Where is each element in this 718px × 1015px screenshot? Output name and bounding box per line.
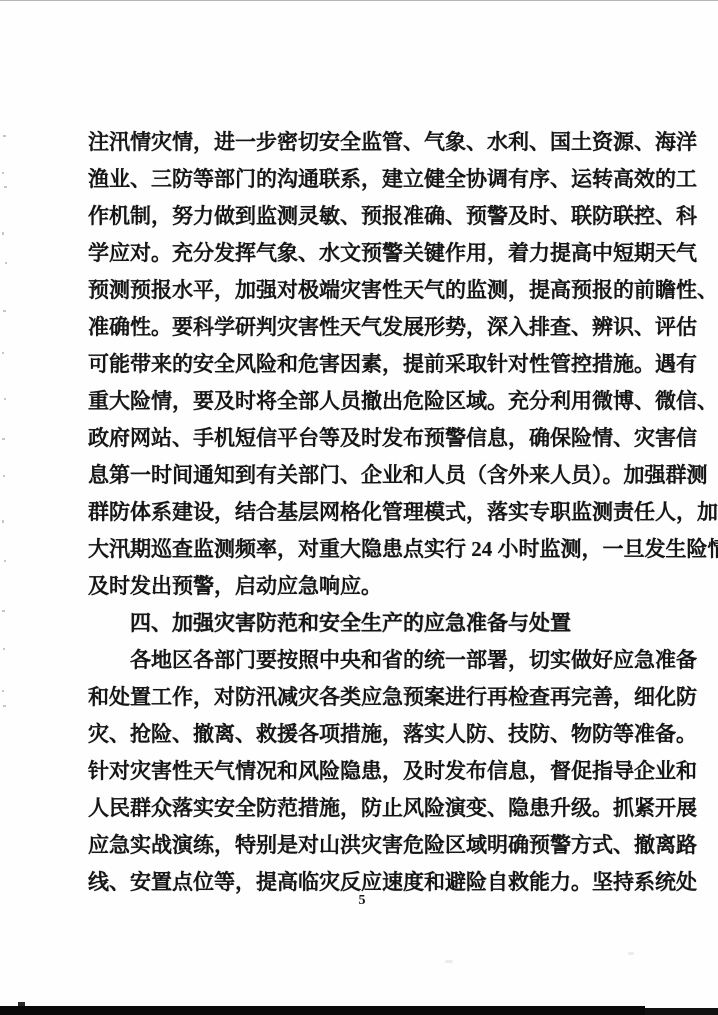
scan-artifact bbox=[445, 960, 453, 963]
body-line: 渔业、三防等部门的沟通联系，建立健全协调有序、运转高效的工 bbox=[88, 161, 636, 198]
body-line: 大汛期巡查监测频率，对重大隐患点实行 24 小时监测，一旦发生险情 bbox=[88, 531, 636, 568]
body-line: 和处置工作，对防汛减灾各类应急预案进行再检查再完善，细化防 bbox=[88, 679, 636, 716]
body-line: 政府网站、手机短信平台等及时发布预警信息，确保险情、灾害信 bbox=[88, 420, 636, 457]
section-heading: 四、加强灾害防范和安全生产的应急准备与处置 bbox=[88, 605, 636, 642]
body-line: 应急实战演练，特别是对山洪灾害危险区域明确预警方式、撤离路 bbox=[88, 827, 636, 864]
scan-artifact bbox=[3, 135, 6, 137]
page-number: 5 bbox=[88, 893, 636, 909]
body-line: 灾、抢险、撤离、救援各项措施，落实人防、技防、物防等准备。 bbox=[88, 716, 636, 753]
scan-edge-top bbox=[0, 0, 718, 1]
scan-artifact bbox=[2, 610, 5, 612]
scan-artifact bbox=[2, 352, 4, 354]
body-line: 可能带来的安全风险和危害因素，提前采取针对性管控措施。遇有 bbox=[88, 346, 636, 383]
scan-artifact bbox=[4, 186, 7, 188]
scan-artifact bbox=[2, 232, 4, 235]
scan-artifact bbox=[3, 310, 6, 312]
body-line: 人民群众落实安全防范措施，防止风险演变、隐患升级。抓紧开展 bbox=[88, 790, 636, 827]
scan-artifact bbox=[5, 262, 7, 264]
scan-artifact bbox=[4, 398, 6, 400]
body-line: 群防体系建设，结合基层网格化管理模式，落实专职监测责任人，加 bbox=[88, 494, 636, 531]
body-line: 重大险情，要及时将全部人员撤出危险区域。充分利用微博、微信、 bbox=[88, 383, 636, 420]
scan-artifact bbox=[3, 648, 5, 650]
scan-artifact bbox=[2, 690, 4, 692]
body-line: 准确性。要科学研判灾害性天气发展形势，深入排查、辨识、评估 bbox=[88, 309, 636, 346]
body-line: 预测预报水平，加强对极端灾害性天气的监测，提高预报的前瞻性、 bbox=[88, 272, 636, 309]
scan-artifact bbox=[2, 520, 4, 523]
body-line: 作机制，努力做到监测灵敏、预报准确、预警及时、联防联控、科 bbox=[88, 198, 636, 235]
scan-artifact bbox=[2, 172, 4, 174]
body-line: 息第一时间通知到有关部门、企业和人员（含外来人员）。加强群测 bbox=[88, 457, 636, 494]
scan-artifact bbox=[3, 475, 5, 477]
scan-edge-bottom bbox=[0, 1006, 645, 1015]
body-line: 及时发出预警，启动应急响应。 bbox=[88, 568, 636, 605]
scan-artifact bbox=[4, 560, 6, 562]
document-body: 注汛情灾情，进一步密切安全监管、气象、水利、国土资源、海洋 渔业、三防等部门的沟… bbox=[88, 124, 636, 901]
scan-artifact bbox=[3, 705, 6, 707]
body-line: 注汛情灾情，进一步密切安全监管、气象、水利、国土资源、海洋 bbox=[88, 124, 636, 161]
body-line: 各地区各部门要按照中央和省的统一部署，切实做好应急准备 bbox=[88, 642, 636, 679]
body-line: 学应对。充分发挥气象、水文预警关键作用，着力提高中短期天气 bbox=[88, 235, 636, 272]
scan-artifact bbox=[628, 952, 634, 955]
scanned-document-page: 注汛情灾情，进一步密切安全监管、气象、水利、国土资源、海洋 渔业、三防等部门的沟… bbox=[0, 0, 718, 1015]
body-line: 针对灾害性天气情况和风险隐患，及时发布信息，督促指导企业和 bbox=[88, 753, 636, 790]
scan-artifact bbox=[2, 438, 5, 440]
